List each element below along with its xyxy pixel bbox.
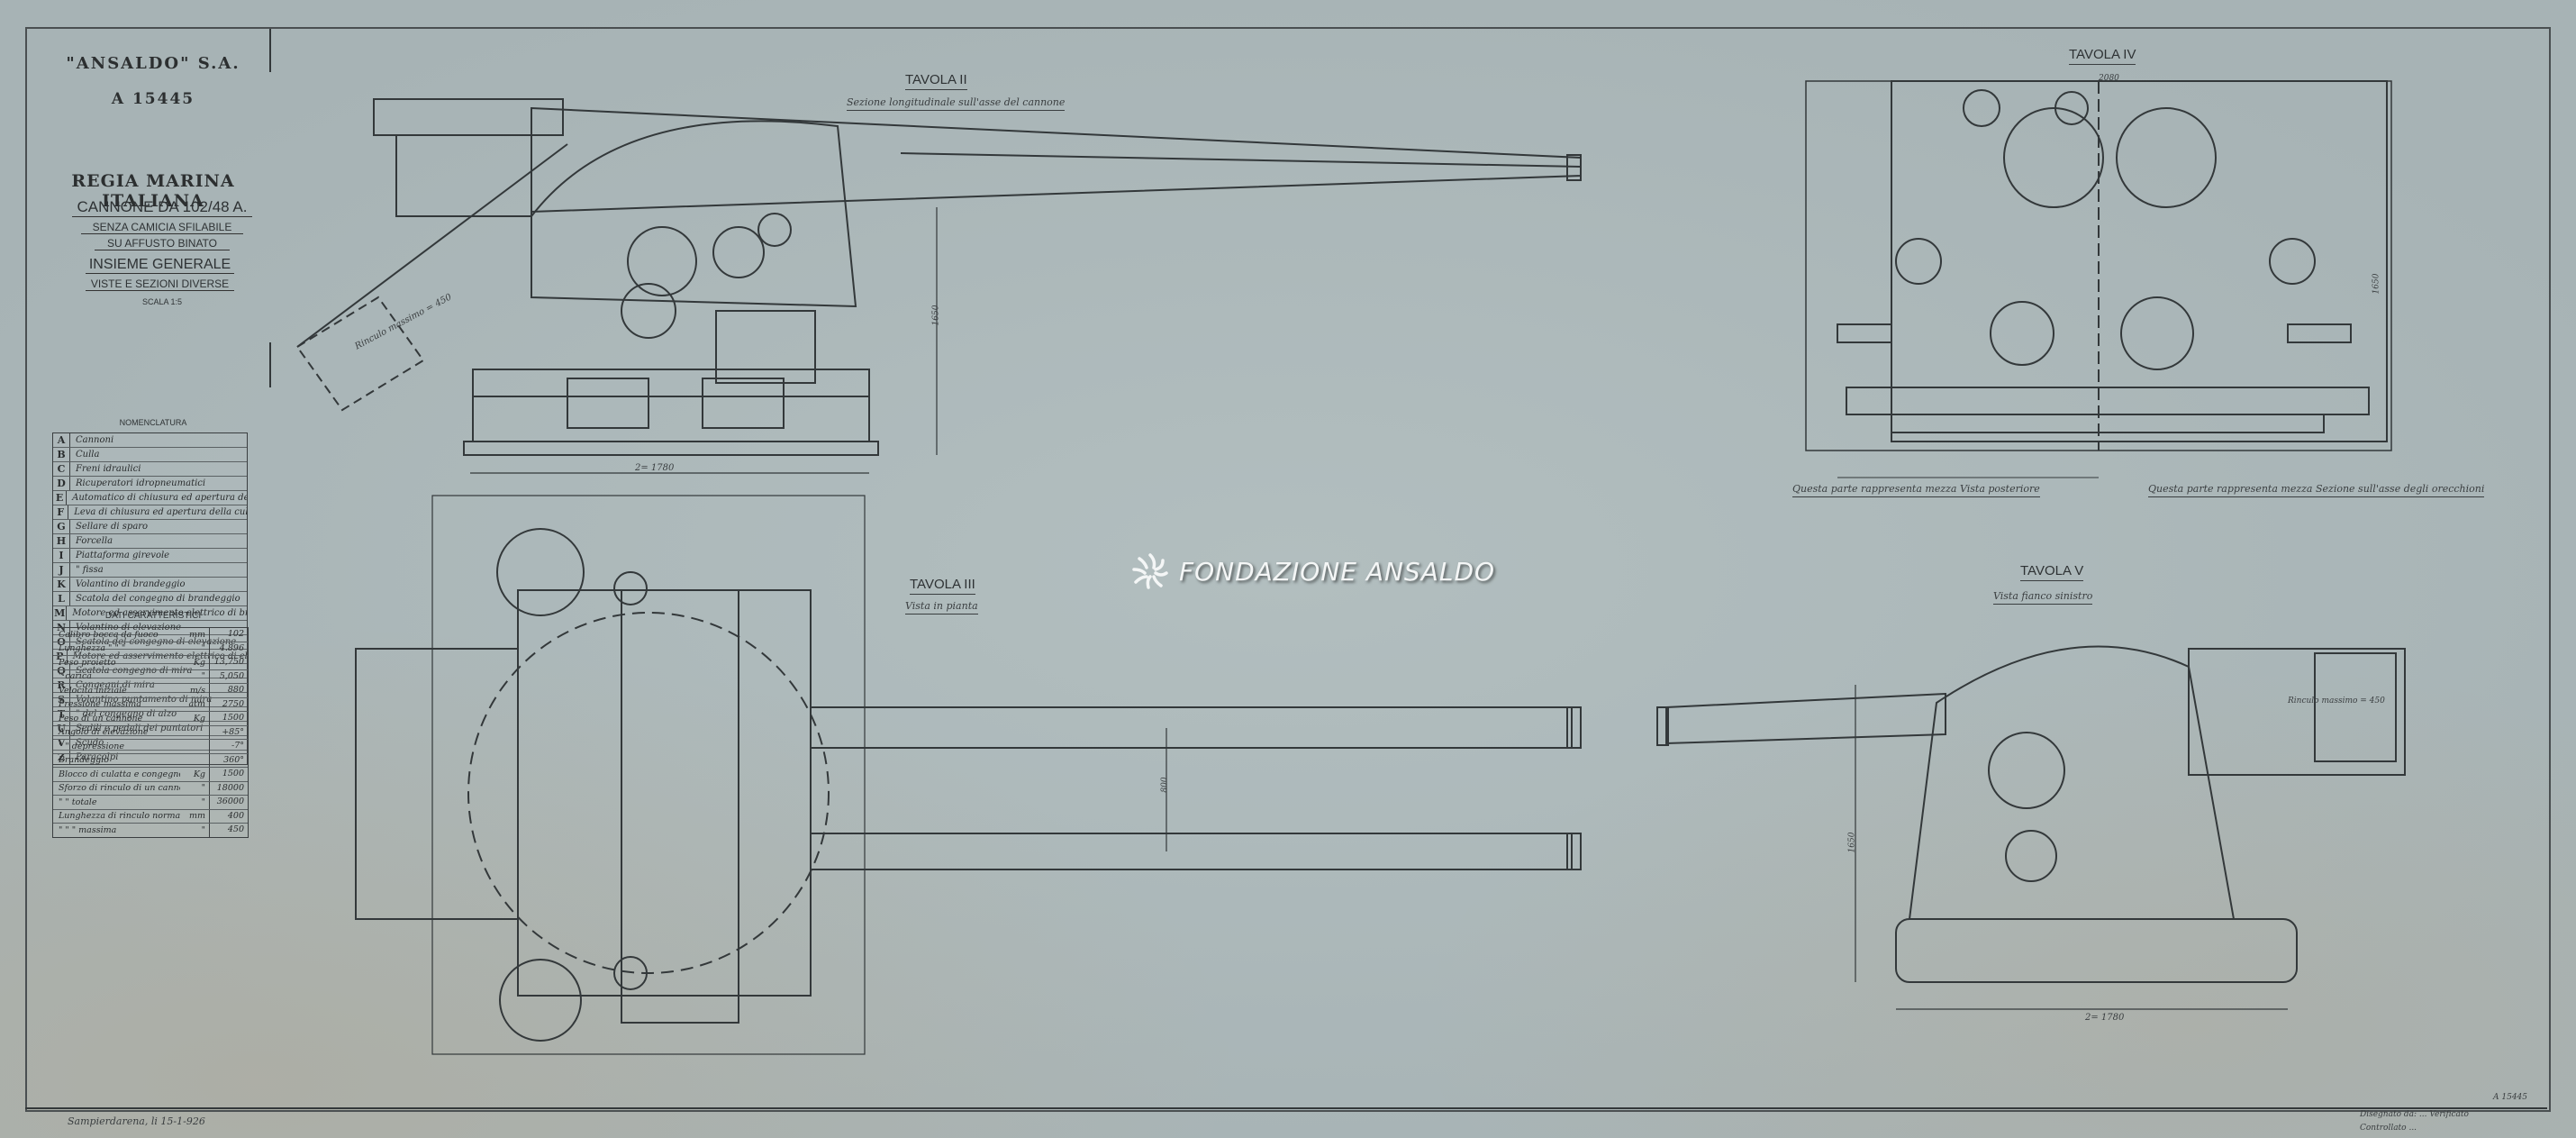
nomenclatura-heading: NOMENCLATURA (99, 418, 207, 427)
nomenclature-row: EAutomatico di chiusura ed apertura dell… (53, 491, 247, 505)
subtitle-1: SENZA CAMICIA SFILABILE (81, 221, 243, 234)
tavola-5-recoil-note: Rinculo massimo = 450 (2288, 696, 2385, 706)
tavola-4-rear-view (1806, 81, 2391, 478)
ansaldo-logo-icon (1130, 551, 1170, 591)
data-row: Brandeggio360° (53, 754, 248, 769)
tavola-5-title: TAVOLA V (2020, 563, 2083, 581)
tavola-3-title: TAVOLA III (910, 577, 975, 595)
title-block: "ANSALDO" S.A. A 15445 REGIA MARINA ITAL… (36, 36, 270, 387)
data-row: Lunghezza di rinculo normalemm400 (53, 810, 248, 824)
tavola-2-base-dimension: 2= 1780 (635, 463, 674, 473)
data-row: " " depressione-7° (53, 740, 248, 754)
nomenclature-row: ACannoni (53, 433, 247, 448)
fondazione-ansaldo-watermark: FONDAZIONE ANSALDO (1130, 551, 1495, 591)
tavola-2-caption: Sezione longitudinale sull'asse del cann… (847, 96, 1065, 111)
nomenclature-row: IPiattaforma girevole (53, 549, 247, 563)
data-row: Velocita inizialem/s880 (53, 684, 248, 698)
tavola-5-caption: Vista fianco sinistro (1993, 590, 2092, 605)
gun-designation: CANNONE DA 102/48 A. (72, 198, 252, 217)
data-row: " carica"5,050 (53, 670, 248, 685)
nomenclature-row: LScatola del congegno di brandeggio (53, 592, 247, 606)
nomenclature-row: CFreni idraulici (53, 462, 247, 477)
tavola-3-spacing-dimension: 800 (1161, 777, 1170, 792)
data-row: " " totale"36000 (53, 796, 248, 810)
place-date: Sampierdarena, li 15-1-926 (68, 1115, 205, 1127)
nomenclature-row: DRicuperatori idropneumatici (53, 477, 247, 491)
nomenclature-row: KVolantino di brandeggio (53, 578, 247, 592)
nomenclature-row: J" fissa (53, 563, 247, 578)
company-name: "ANSALDO" S.A. (36, 54, 270, 73)
tavola-4-top-dimension: 2080 (2099, 74, 2119, 83)
nomenclature-row: BCulla (53, 448, 247, 462)
scale-label: SCALA 1:5 (126, 297, 198, 306)
nomenclature-row: HForcella (53, 534, 247, 549)
data-row: Angolo di elevazione+85° (53, 726, 248, 741)
tavola-4-title: TAVOLA IV (2069, 47, 2136, 65)
tavola-4-left-note: Questa parte rappresenta mezza Vista pos… (1792, 483, 2040, 497)
tavola-2-gun-section (297, 99, 1581, 473)
tavola-3-caption: Vista in pianta (905, 600, 978, 615)
dati-caratteristici-table: Calibro bocca da fuocomm102 Lunghezza " … (52, 627, 249, 838)
tavola-2-title: TAVOLA II (905, 72, 967, 90)
data-row: Pressione massimaatm2750 (53, 698, 248, 713)
data-row: Calibro bocca da fuocomm102 (53, 628, 248, 642)
tavola-2-height-dimension: 1650 (931, 305, 940, 326)
tavola-4-height-dimension: 1650 (2372, 274, 2381, 295)
dati-heading: DATI CARATTERISTICI (90, 611, 216, 621)
data-row: Sforzo di rinculo di un cannone"18000 (53, 782, 248, 797)
watermark-text: FONDAZIONE ANSALDO (1179, 557, 1495, 587)
tavola-5-base-dimension: 2= 1780 (2085, 1013, 2124, 1023)
tavola-5-height-dimension: 1650 (1847, 833, 1856, 853)
drawing-number: A 15445 (36, 90, 270, 108)
signature-line-2: Controllato ... (2360, 1124, 2417, 1133)
nomenclature-row: FLeva di chiusura ed apertura della cula… (53, 505, 247, 520)
tavola-4-right-note: Questa parte rappresenta mezza Sezione s… (2148, 483, 2484, 497)
data-row: Blocco di culatta e congegno di chiusura… (53, 768, 248, 782)
section-subtitle: VISTE E SEZIONI DIVERSE (86, 278, 234, 291)
section-title: INSIEME GENERALE (86, 257, 234, 274)
subtitle-2: SU AFFUSTO BINATO (95, 237, 230, 250)
data-row: Lunghezza " " ""4.896 (53, 642, 248, 657)
signature-line-1: Disegnato da: ... Verificato (2360, 1110, 2469, 1119)
data-row: " " " massima"450 (53, 824, 248, 837)
sheet-number: A 15445 (2493, 1093, 2527, 1102)
data-row: Peso proiettoKg13,750 (53, 656, 248, 670)
nomenclature-row: GSellare di sparo (53, 520, 247, 534)
data-row: Peso di un cannoneKg1500 (53, 712, 248, 726)
